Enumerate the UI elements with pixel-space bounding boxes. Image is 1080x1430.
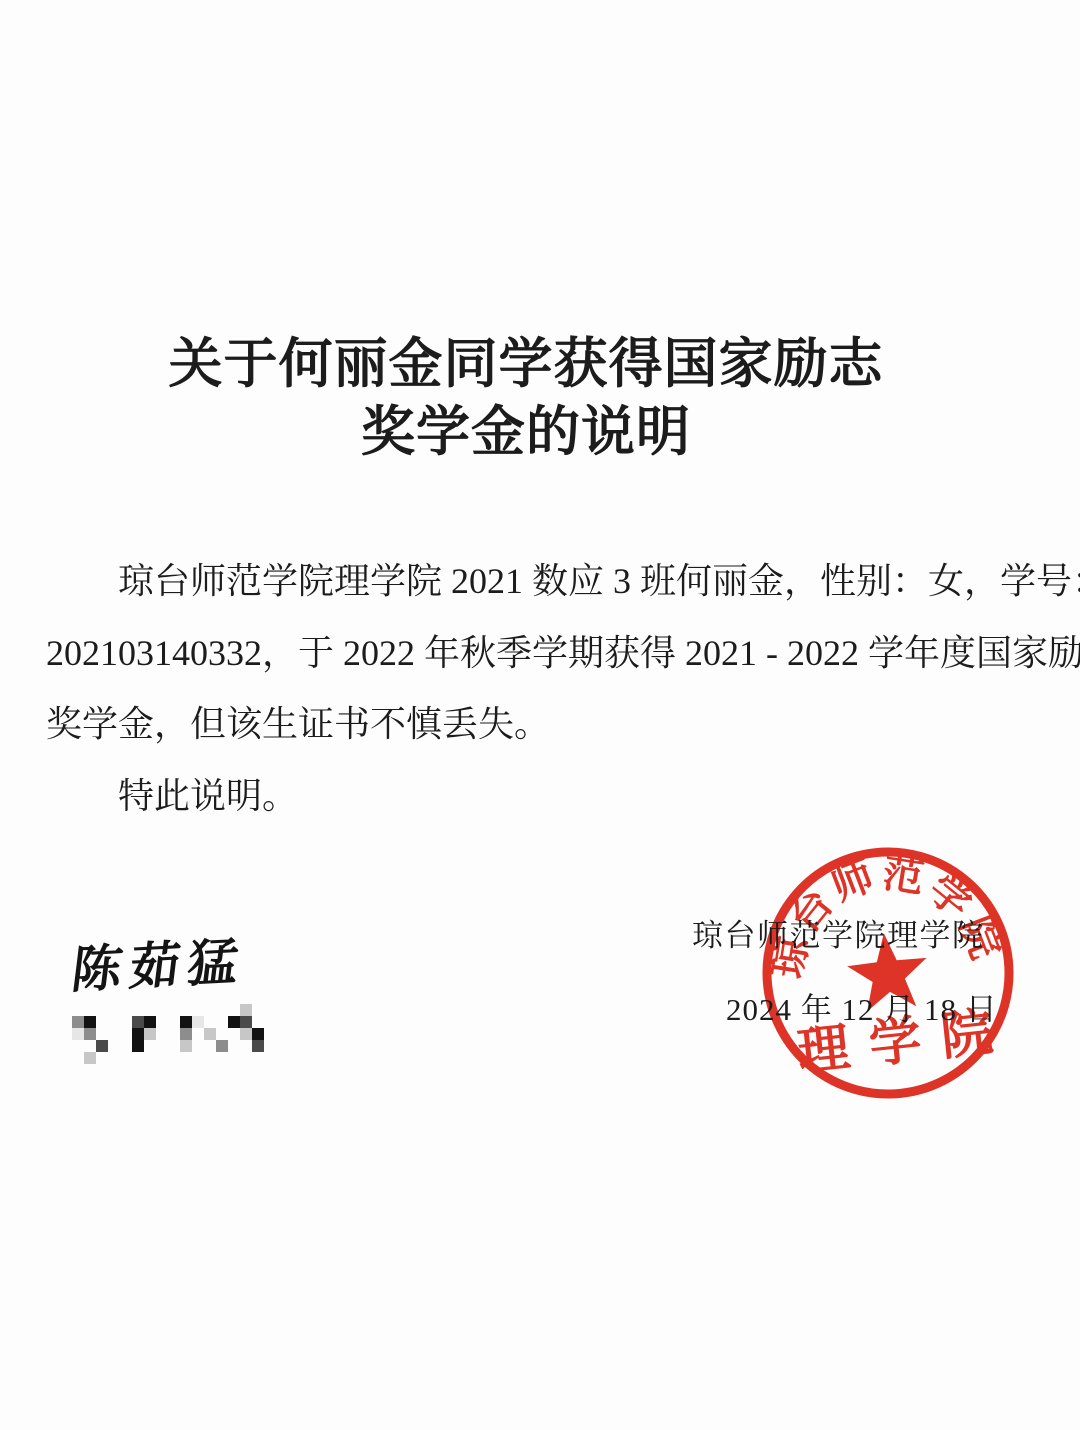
redaction-cell	[132, 1028, 144, 1040]
document-title: 关于何丽金同学获得国家励志 奖学金的说明	[0, 330, 1066, 466]
handwritten-signature: 陈茹猛	[68, 931, 249, 1001]
redaction-cell	[132, 1016, 144, 1028]
title-line-1: 关于何丽金同学获得国家励志	[0, 330, 1066, 398]
redaction-cell	[84, 1016, 96, 1028]
body-line-1: 琼台师范学院理学院 2021 数应 3 班何丽金，性别：女，学号：	[46, 546, 1046, 618]
pixelated-redaction	[72, 1004, 276, 1064]
title-line-2: 奖学金的说明	[0, 398, 1066, 466]
redaction-cell	[72, 1028, 84, 1040]
redaction-cell	[252, 1040, 264, 1052]
body-line-3: 奖学金，但该生证书不慎丢失。	[46, 689, 1046, 761]
issuer-name: 琼台师范学院理学院	[692, 910, 985, 955]
redaction-cell	[144, 1016, 156, 1028]
redaction-cell	[72, 1016, 84, 1028]
document-body: 琼台师范学院理学院 2021 数应 3 班何丽金，性别：女，学号： 202103…	[46, 546, 1046, 832]
official-seal-stamp: 琼 台 师 范 学 院 理学院	[758, 842, 1019, 1104]
redaction-cell	[84, 1028, 96, 1040]
redaction-cell	[96, 1040, 108, 1052]
scanned-document-page: 关于何丽金同学获得国家励志 奖学金的说明 琼台师范学院理学院 2021 数应 3…	[0, 0, 1080, 1430]
redaction-cell	[228, 1016, 240, 1028]
issue-date: 2024 年 12 月 18 日	[726, 984, 998, 1029]
redaction-cell	[180, 1028, 192, 1040]
redaction-cell	[192, 1016, 204, 1028]
redaction-cell	[180, 1040, 192, 1052]
redaction-cell	[240, 1016, 252, 1028]
redaction-cell	[180, 1016, 192, 1028]
redaction-cell	[144, 1028, 156, 1040]
redaction-cell	[204, 1028, 216, 1040]
redaction-cell	[252, 1028, 264, 1040]
redaction-cell	[84, 1052, 96, 1064]
seal-arc-char: 范	[880, 849, 928, 901]
redaction-cell	[216, 1040, 228, 1052]
redaction-cell	[132, 1040, 144, 1052]
redaction-cell	[240, 1004, 252, 1016]
body-line-2: 202103140332，于 2022 年秋季学期获得 2021 - 2022 …	[46, 618, 1046, 690]
redaction-cell	[240, 1028, 252, 1040]
body-line-4: 特此说明。	[46, 761, 1046, 833]
